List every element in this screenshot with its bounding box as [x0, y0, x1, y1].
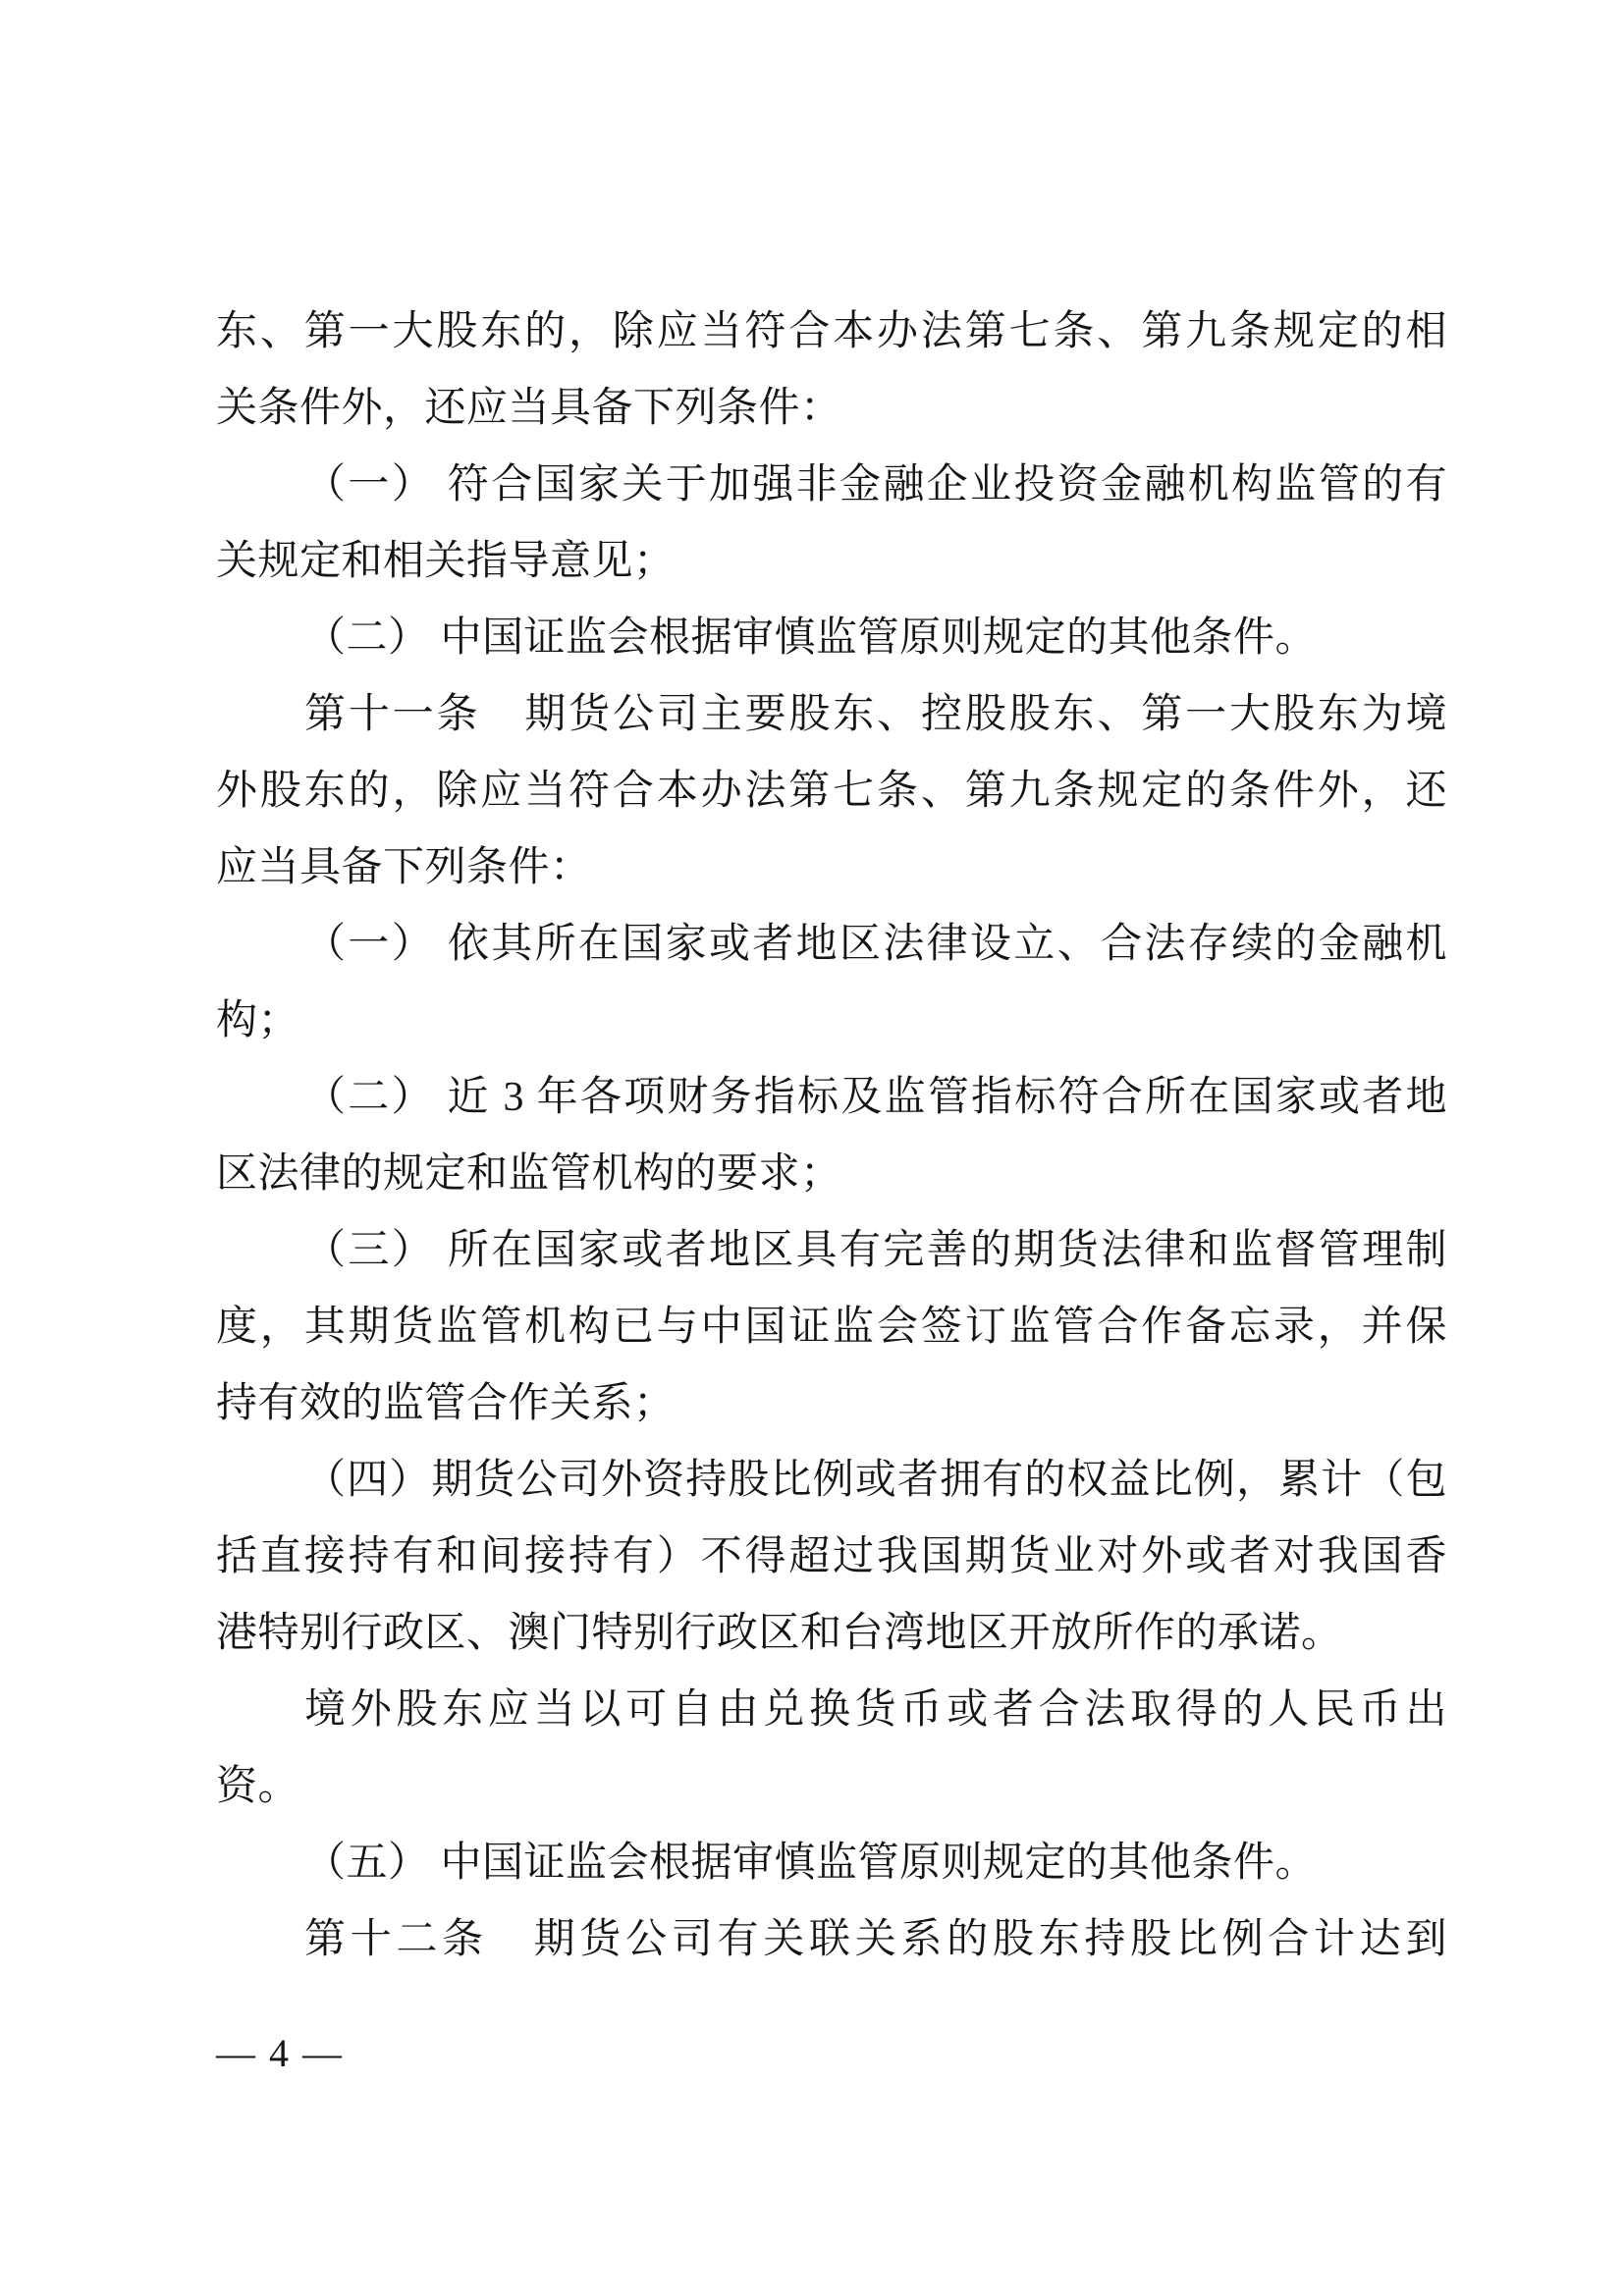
text-line: 外股东的，除应当符合本办法第七条、第九条规定的条件外，还 [216, 753, 1447, 829]
document-page: 东、第一大股东的，除应当符合本办法第七条、第九条规定的相关条件外，还应当具备下列… [0, 0, 1624, 2296]
text-line: 括直接持有和间接持有）不得超过我国期货业对外或者对我国香 [216, 1519, 1447, 1595]
text-line: 应当具备下列条件： [216, 829, 1447, 906]
text-line: （五） 中国证监会根据审慎监管原则规定的其他条件。 [216, 1825, 1447, 1901]
page-footer: — 4 — [216, 2028, 344, 2079]
document-body: 东、第一大股东的，除应当符合本办法第七条、第九条规定的相关条件外，还应当具备下列… [216, 294, 1447, 1978]
text-line: 持有效的监管合作关系； [216, 1365, 1447, 1442]
text-line: （四）期货公司外资持股比例或者拥有的权益比例，累计（包 [216, 1442, 1447, 1519]
text-line: 境外股东应当以可自由兑换货币或者合法取得的人民币出 [216, 1672, 1447, 1748]
text-line: 度，其期货监管机构已与中国证监会签订监管合作备忘录，并保 [216, 1289, 1447, 1365]
text-line: 区法律的规定和监管机构的要求； [216, 1136, 1447, 1212]
text-line: （一） 符合国家关于加强非金融企业投资金融机构监管的有 [216, 447, 1447, 523]
text-line: （三） 所在国家或者地区具有完善的期货法律和监督管理制 [216, 1212, 1447, 1289]
text-line: （一） 依其所在国家或者地区法律设立、合法存续的金融机 [216, 906, 1447, 983]
text-line: 资。 [216, 1748, 1447, 1825]
text-line: 港特别行政区、澳门特别行政区和台湾地区开放所作的承诺。 [216, 1595, 1447, 1672]
text-line: 关规定和相关指导意见； [216, 523, 1447, 600]
text-line: 第十一条 期货公司主要股东、控股股东、第一大股东为境 [216, 676, 1447, 753]
text-line: 东、第一大股东的，除应当符合本办法第七条、第九条规定的相 [216, 294, 1447, 370]
text-line: （二） 中国证监会根据审慎监管原则规定的其他条件。 [216, 600, 1447, 676]
text-line: 第十二条 期货公司有关联关系的股东持股比例合计达到 [216, 1901, 1447, 1978]
text-line: （二） 近 3 年各项财务指标及监管指标符合所在国家或者地 [216, 1059, 1447, 1136]
text-line: 关条件外，还应当具备下列条件： [216, 370, 1447, 447]
text-line: 构； [216, 983, 1447, 1059]
